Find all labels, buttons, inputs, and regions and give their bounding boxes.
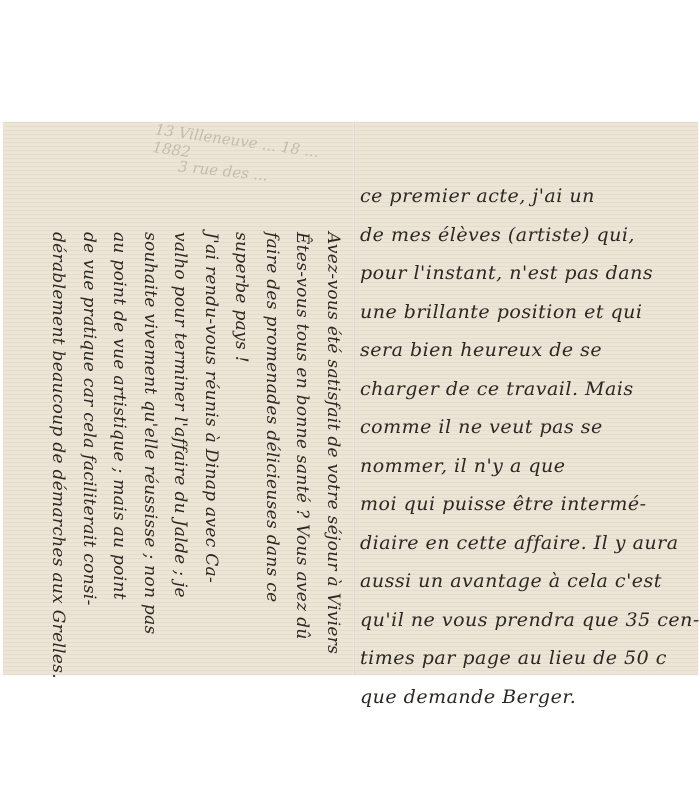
right-line: nommer, il n'y a que: [360, 447, 700, 486]
left-line: Avez-vous été satisfait de votre séjour …: [318, 232, 349, 672]
right-line: sera bien heureux de se: [360, 331, 700, 370]
right-line: pour l'instant, n'est pas dans: [360, 254, 700, 293]
right-line: qu'il ne vous prendra que 35 cen-: [360, 601, 700, 640]
letter-sheet: 13 Villeneuve ... 18 ... 1882 3 rue des …: [3, 122, 698, 675]
right-line: que demande Berger.: [360, 678, 700, 717]
right-line: charger de ce travail. Mais: [360, 370, 700, 409]
left-line: de vue pratique car cela faciliterait co…: [74, 232, 105, 672]
left-line: valho pour terminer l'affaire du Jalde ;…: [165, 232, 196, 672]
right-line: de mes élèves (artiste) qui,: [360, 216, 700, 255]
right-page-text: ce premier acte, j'ai un de mes élèves (…: [360, 177, 700, 716]
right-page: ce premier acte, j'ai un de mes élèves (…: [356, 122, 698, 675]
right-line: times par page au lieu de 50 c: [360, 639, 700, 678]
right-line: diaire en cette affaire. Il y aura: [360, 524, 700, 563]
right-line: comme il ne veut pas se: [360, 408, 700, 447]
left-page-text: Avez-vous été satisfait de votre séjour …: [43, 232, 348, 672]
left-line: souhaite vivement qu'elle réussisse ; no…: [135, 232, 166, 672]
left-page: 13 Villeneuve ... 18 ... 1882 3 rue des …: [3, 122, 353, 675]
left-line: faire des promenades délicieuses dans ce: [257, 232, 288, 672]
left-line: superbe pays !: [226, 232, 257, 672]
left-line: Êtes-vous tous en bonne santé ? Vous ave…: [287, 232, 318, 672]
left-line: J'ai rendu-vous réunis à Dinap avec Ca-: [196, 232, 227, 672]
right-line: aussi un avantage à cela c'est: [360, 562, 700, 601]
left-line: dérablement beaucoup de démarches aux Gr…: [43, 232, 74, 672]
right-line: une brillante position et qui: [360, 293, 700, 332]
right-line: ce premier acte, j'ai un: [360, 177, 700, 216]
left-line: au point de vue artistique ; mais au poi…: [104, 232, 135, 672]
right-line: moi qui puisse être intermé-: [360, 485, 700, 524]
